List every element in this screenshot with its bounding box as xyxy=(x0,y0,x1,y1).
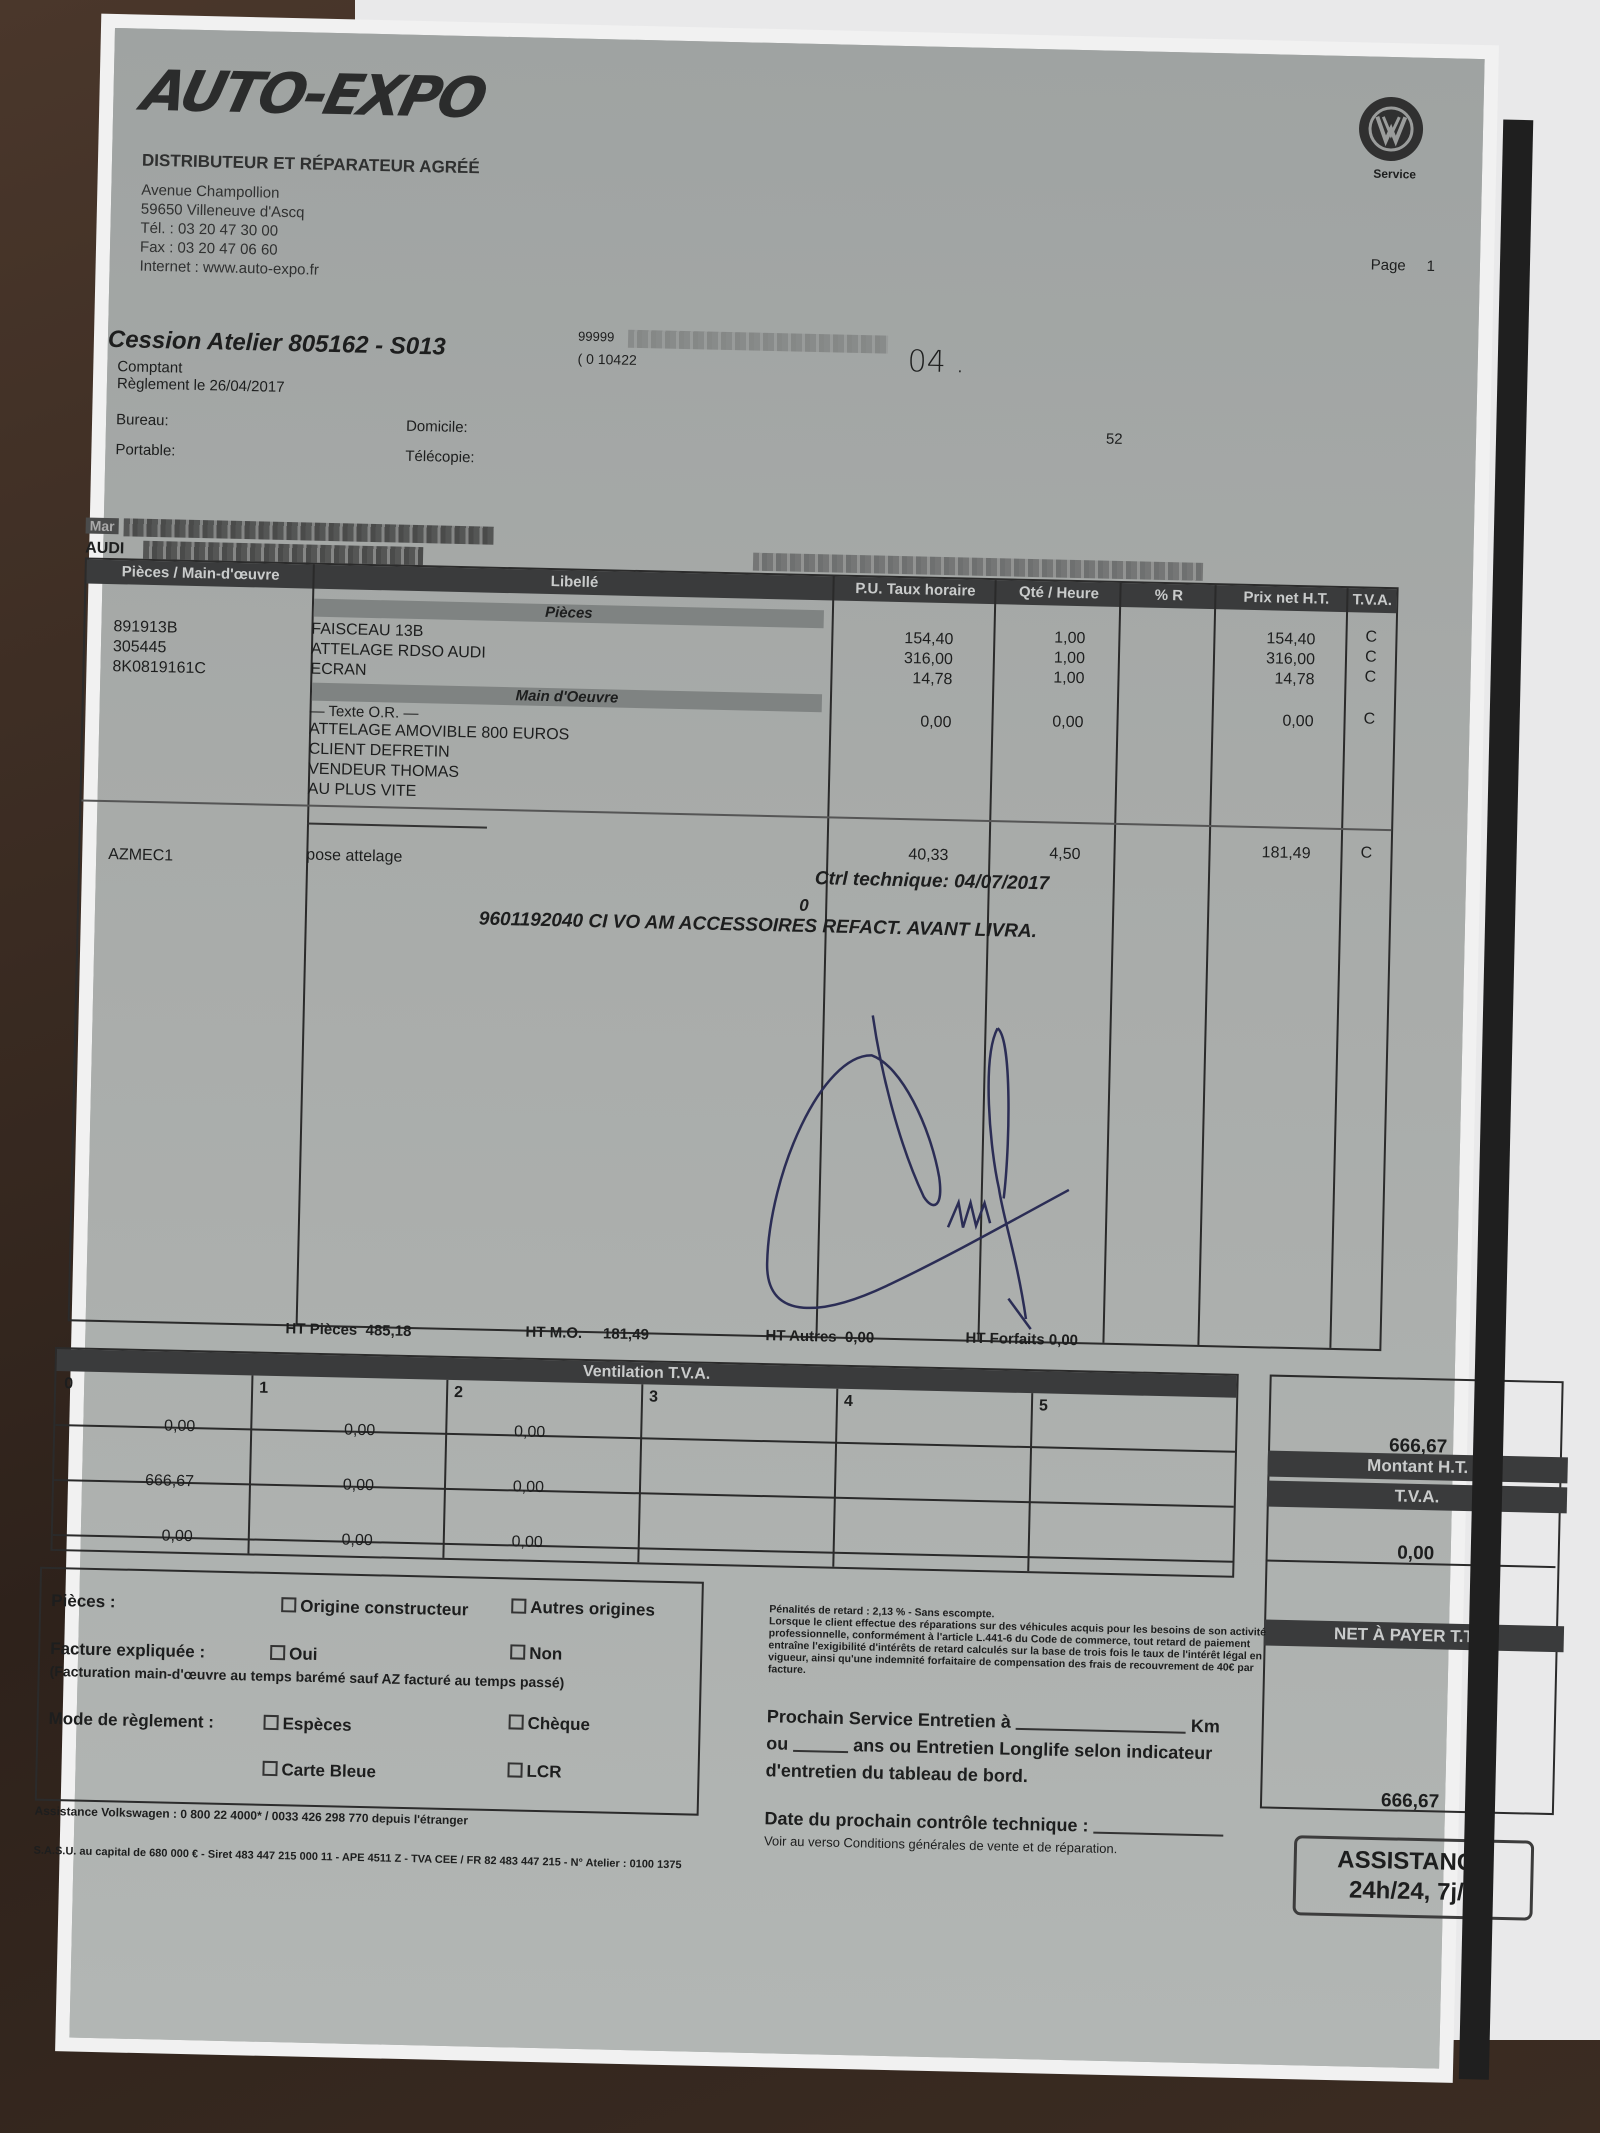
fax-label: Télécopie: xyxy=(405,448,475,467)
subtotal-labour: HT M.O. 181,49 xyxy=(525,1324,649,1344)
ct-date-blank xyxy=(1093,1832,1223,1837)
items-table: Pièces / Main-d'œuvre Libellé P.U. Taux … xyxy=(68,557,1399,1351)
subtotal-forfaits: HT Forfaits 0,00 xyxy=(965,1330,1078,1350)
mobile-label: Portable: xyxy=(115,441,175,459)
checkbox-icon xyxy=(509,1714,524,1729)
checkbox-cheque[interactable]: Chèque xyxy=(508,1713,590,1735)
invoice-checklist: Pièces : Origine constructeur Autres ori… xyxy=(35,1567,704,1816)
checkbox-non[interactable]: Non xyxy=(510,1643,562,1664)
checkbox-icon xyxy=(510,1644,525,1659)
checkbox-icon xyxy=(263,1715,278,1730)
client-ref-2: ( 0 10422 xyxy=(577,351,637,368)
verso-note: Voir au verso Conditions générales de ve… xyxy=(764,1833,1118,1856)
handwritten-note: 04 . xyxy=(907,344,965,380)
subtotal-other: HT Autres 0,00 xyxy=(765,1327,874,1346)
totals-panel: 666,67 Montant H.T. T.V.A. 0,00 NET À PA… xyxy=(1260,1375,1570,1832)
ctrl-technique: Ctrl technique: 04/07/2017 xyxy=(815,868,1050,895)
checkbox-icon xyxy=(511,1598,526,1613)
office-label: Bureau: xyxy=(116,411,169,429)
checkbox-icon xyxy=(281,1597,296,1612)
vehicle-make: AUDI xyxy=(85,539,125,558)
company-tagline: DISTRIBUTEUR ET RÉPARATEUR AGRÉÉ xyxy=(142,151,480,179)
department-code: 52 xyxy=(1106,431,1123,448)
years-blank xyxy=(793,1750,848,1753)
page-number: Page 1 xyxy=(1371,257,1436,275)
signature xyxy=(745,993,1113,1361)
subtotal-pieces: HT Pièces 485,18 xyxy=(285,1320,411,1340)
redacted-block xyxy=(628,330,888,354)
payment-info: Comptant Règlement le 26/04/2017 xyxy=(117,358,285,396)
zero-line: 0 xyxy=(799,896,809,916)
checkbox-especes[interactable]: Espèces xyxy=(263,1714,351,1736)
invoice-page: AUTO-EXPO DISTRIBUTEUR ET RÉPARATEUR AGR… xyxy=(69,28,1484,2069)
checkbox-autres-origines[interactable]: Autres origines xyxy=(511,1597,655,1620)
company-logo: AUTO-EXPO xyxy=(136,59,491,131)
company-address: Avenue Champollion 59650 Villeneuve d'As… xyxy=(139,181,320,280)
service-label: Service xyxy=(1373,167,1416,182)
checkbox-carte-bleue[interactable]: Carte Bleue xyxy=(262,1760,376,1783)
labour-billing-note: (Facturation main-d'œuvre au temps barém… xyxy=(50,1663,565,1691)
checkbox-icon xyxy=(507,1762,522,1777)
checkbox-lcr[interactable]: LCR xyxy=(507,1761,561,1782)
client-ref-1: 99999 xyxy=(578,329,614,345)
home-label: Domicile: xyxy=(406,418,468,436)
checkbox-icon xyxy=(262,1761,277,1776)
checkbox-oui[interactable]: Oui xyxy=(270,1644,318,1665)
legal-notice: Pénalités de retard : 2,13 % - Sans esco… xyxy=(768,1603,1280,1687)
checkbox-origine-constructeur[interactable]: Origine constructeur xyxy=(281,1596,469,1620)
footer-company: S.A.S.U. au capital de 680 000 € - Siret… xyxy=(33,1845,681,1872)
assistance-badge: ASSISTANCE 24h/24, 7j/7 xyxy=(1292,1835,1534,1920)
checkbox-icon xyxy=(270,1645,285,1660)
km-blank xyxy=(1016,1728,1186,1734)
vat-ventilation-table: Ventilation T.V.A. 0 1 2 3 4 5 0,00 0,00… xyxy=(50,1347,1238,1578)
vehicle-label: Mar xyxy=(86,517,119,534)
note-line: 9601192040 CI VO AM ACCESSOIRES REFACT. … xyxy=(479,908,1038,943)
vw-logo-icon xyxy=(1358,96,1423,161)
next-service: Prochain Service Entretien à Km ou ans o… xyxy=(765,1703,1287,1796)
invoice-title: Cession Atelier 805162 - S013 xyxy=(108,326,447,362)
